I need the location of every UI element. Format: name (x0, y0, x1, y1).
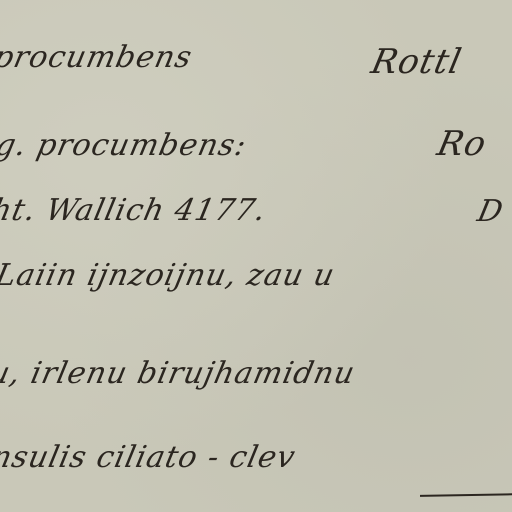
text-line-1-author: Rottl (368, 42, 466, 82)
text-line-1: procumbens (0, 40, 196, 75)
text-line-3: ht. Wallich 4177. (0, 193, 270, 228)
text-line-2-author: Ro (434, 124, 491, 164)
text-line-4: Laiin ijnzoijnu, zau u (0, 258, 338, 293)
manuscript-page: procumbens Rottl g. procumbens: Ro ht. W… (0, 0, 512, 512)
underline-stroke (420, 493, 512, 497)
text-line-3-trailing: D (474, 194, 507, 229)
text-line-6: nsulis ciliato - clev (0, 440, 299, 475)
text-line-2: g. procumbens: (0, 128, 250, 163)
text-line-5: u, irlenu birujhamidnu (0, 356, 358, 391)
